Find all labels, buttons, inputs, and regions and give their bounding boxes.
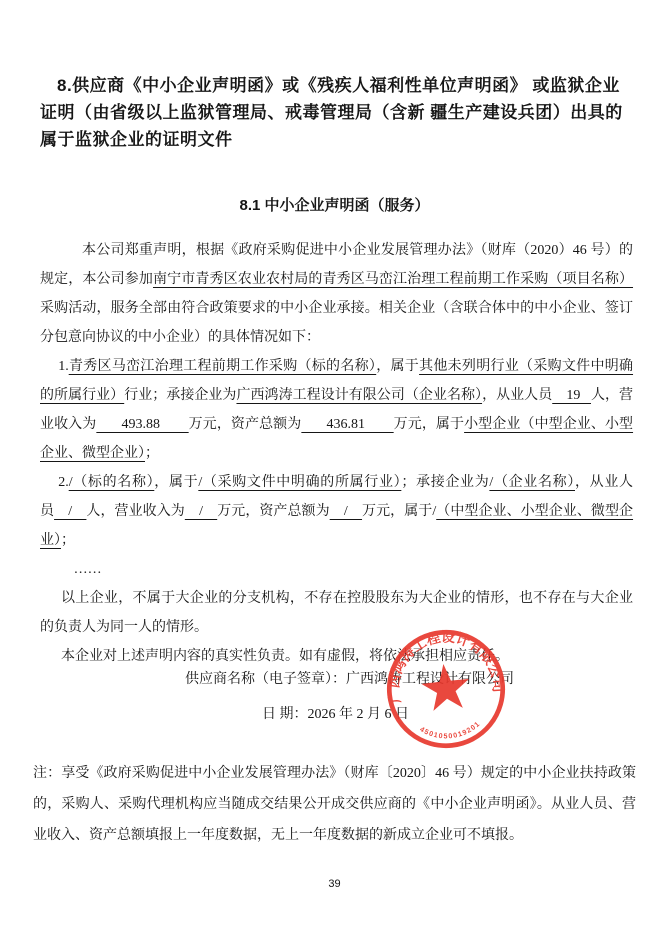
underlined-field: / (330, 504, 362, 519)
underlined-field: 青秀区马峦江治理工程前期工作采购（标的名称） (69, 359, 377, 374)
footnote: 注：享受《政府采购促进中小企业发展管理办法》（财库〔2020〕46 号）规定的中… (33, 758, 636, 851)
underlined-field: 广西鸿涛工程设计有限公司（企业名称） (236, 388, 482, 403)
text-segment: 2. (58, 475, 69, 490)
underlined-field: 南宁市青秀区农业农村局的青秀区马峦江治理工程前期工作采购（项目名称） (153, 272, 633, 287)
paragraph: 2./（标的名称），属于/（采购文件中明确的所属行业）；承接企业为/（企业名称）… (40, 468, 633, 555)
underlined-field: / (54, 504, 86, 519)
text-segment: 以上企业，不属于大企业的分支机构，不存在控股股东为大企业的情形，也不存在与大企业… (40, 591, 633, 635)
text-segment: ； (145, 446, 159, 461)
document-page: { "document": { "heading": "8.供应商《中小企业声明… (0, 0, 669, 947)
svg-text:4501050019201: 4501050019201 (418, 719, 484, 743)
text-segment: ，属于 (154, 475, 198, 490)
text-segment: ；承接企业为 (401, 475, 489, 490)
paragraph: 本企业对上述声明内容的真实性负责。如有虚假，将依法承担相应责任。 (40, 642, 633, 671)
paragraph: …… (40, 555, 633, 584)
underlined-field: /（企业名称） (489, 475, 575, 490)
text-segment: 万元，资产总额为 (217, 504, 329, 519)
text-segment: 万元，属于/ (362, 504, 436, 519)
text-segment: 人，营业收入为 (86, 504, 184, 519)
seal-number-text: 4501050019201 (418, 719, 484, 743)
text-segment: 万元，属于 (394, 417, 464, 432)
text-segment: ，从业人员 (482, 388, 552, 403)
text-segment: 行业；承接企业为 (124, 388, 236, 403)
underlined-field: /（标的名称） (69, 475, 155, 490)
text-segment: 采购活动，服务全部由符合政策要求的中小企业承接。相关企业（含联合体中的中小企业、… (40, 301, 633, 345)
declaration-body: 本公司郑重声明，根据《政府采购促进中小企业发展管理办法》（财库（2020）46 … (40, 236, 633, 671)
date-line: 日 期：2026 年 2 月 6 日 (262, 703, 409, 723)
paragraph: 1.青秀区马峦江治理工程前期工作采购（标的名称），属于其他未列明行业（采购文件中… (40, 352, 633, 468)
underlined-field: / (185, 504, 217, 519)
page-number: 39 (0, 878, 669, 890)
text-segment: …… (74, 562, 102, 577)
text-segment: ，属于 (376, 359, 419, 374)
declaration-title: 8.1 中小企业声明函（服务） (0, 194, 669, 215)
text-segment: ； (61, 533, 75, 548)
underlined-field: 493.88 (96, 417, 188, 432)
supplier-signature-line: 供应商名称（电子签章）：广西鸿涛工程设计有限公司 (185, 668, 514, 688)
paragraph: 以上企业，不属于大企业的分支机构，不存在控股股东为大企业的情形，也不存在与大企业… (40, 584, 633, 642)
text-segment: 本企业对上述声明内容的真实性负责。如有虚假，将依法承担相应责任。 (61, 649, 509, 664)
text-segment: 万元，资产总额为 (189, 417, 302, 432)
underlined-field: 19 (552, 388, 591, 403)
underlined-field: 436.81 (301, 417, 393, 432)
paragraph: 本公司郑重声明，根据《政府采购促进中小企业发展管理办法》（财库（2020）46 … (40, 236, 633, 352)
underlined-field: /（采购文件中明确的所属行业） (198, 475, 401, 490)
text-segment: 1. (58, 359, 69, 374)
section-heading: 8.供应商《中小企业声明函》或《残疾人福利性单位声明函》 或监狱企业证明（由省级… (40, 72, 635, 153)
